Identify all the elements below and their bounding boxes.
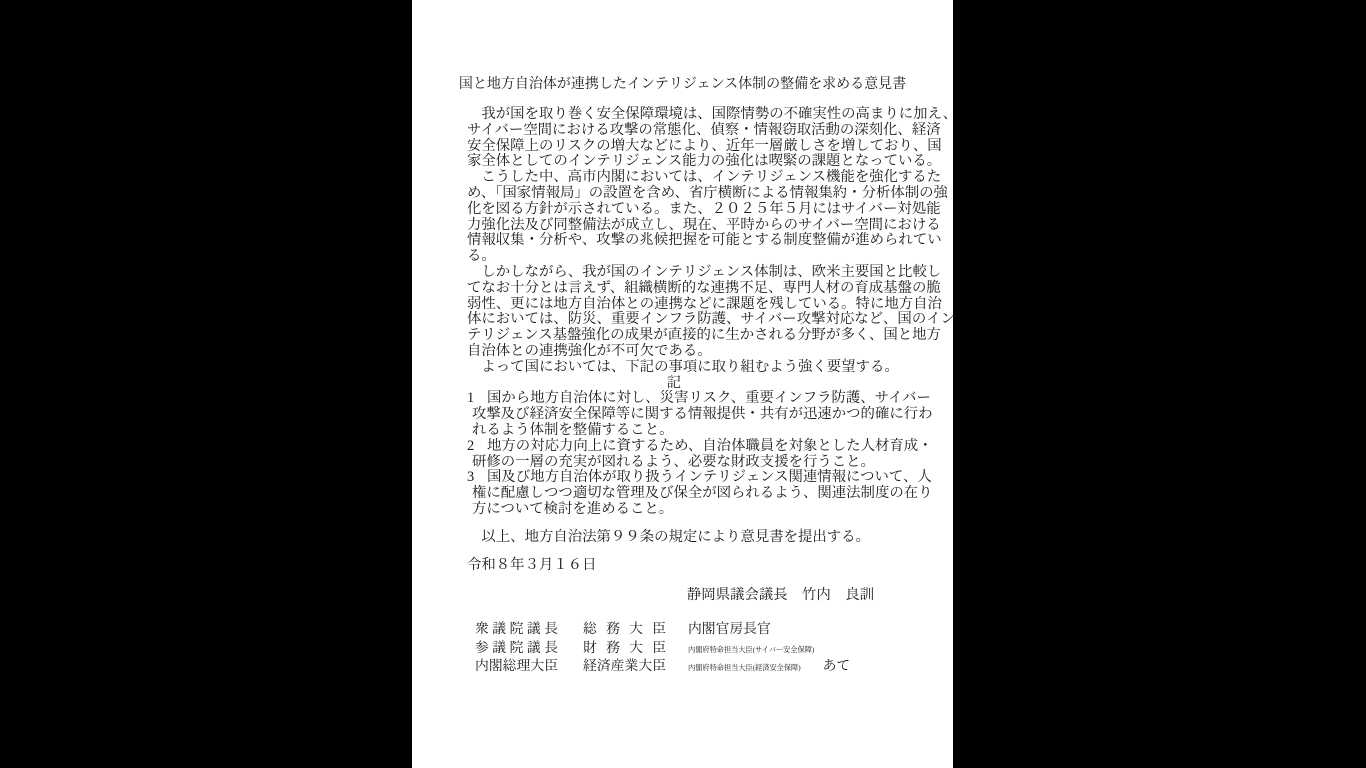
addressee-post: 参議院議長 [475,639,558,658]
text-line: 2地方の対応力向上に資するため、自治体職員を対象とした人材育成・ [467,439,881,455]
addressee-block: 衆議院議長総務大臣内閣官房長官 参議院議長財務大臣内閣府特命担当大臣(サイバー安… [475,620,881,676]
addressee-row: 衆議院議長総務大臣内閣官房長官 [475,620,881,639]
text-line: 我が国を取り巻く安全保障環境は、国際情勢の不確実性の高まりに加え、 [467,107,881,123]
item-text: 国及び地方自治体が取り扱うインテリジェンス関連情報について、人 [487,469,932,485]
paragraph-2: こうした中、高市内閣においては、インテリジェンス機能を強化するため、「国家情報局… [467,170,881,265]
addressee-post: 経済産業大臣 [583,657,666,676]
text-line: サイバー空間における攻撃の常態化、偵察・情報窃取活動の深刻化、経済 [467,123,881,139]
text-line: 権に配慮しつつ適切な管理及び保全が図られるよう、関連法制度の在り [472,486,881,502]
addressee-post: 総務大臣 [583,620,666,639]
item-number: 1 [467,391,487,407]
document-title: 国と地方自治体が連携したインテリジェンス体制の整備を求める意見書 [412,0,953,93]
text-line: れるよう体制を整備すること。 [472,423,881,439]
text-line: 攻撃及び経済安全保障等に関する情報提供・共有が迅速かつ的確に行わ [472,407,881,423]
text-line: 情報収集・分析や、攻撃の兆候把握を可能とする制度整備が進められてい [467,233,881,249]
text-line: てなお十分とは言えず、組織横断的な連携不足、専門人材の育成基盤の脆 [467,281,881,297]
addressee-post: 内閣府特命担当大臣(経済安全保障) [688,659,801,678]
paragraph-3: しかしながら、我が国のインテリジェンス体制は、欧米主要国と比較してなお十分とは言… [467,265,881,376]
text-line: 化を図る方針が示されている。また、２０２５年５月にはサイバー対処能 [467,202,881,218]
addressee-row: 内閣総理大臣経済産業大臣内閣府特命担当大臣(経済安全保障)あて [475,657,881,676]
list-item-2: 2地方の対応力向上に資するため、自治体職員を対象とした人材育成・ 研修の一層の充… [467,439,881,471]
addressee-post: 内閣総理大臣 [475,657,558,676]
document-date: 令和８年３月１６日 [467,558,881,574]
addressee-post: 内閣官房長官 [688,620,771,639]
addressee-post: 財務大臣 [583,639,666,658]
text-line: テリジェンス基盤強化の成果が直接的に生かされる分野が多く、国と地方 [467,328,881,344]
text-line: 自治体との連携強化が不可欠である。 [467,344,881,360]
closing-statement: 以上、地方自治法第９９条の規定により意見書を提出する。 [467,530,881,546]
text-line: 家全体としてのインテリジェンス能力の強化は喫緊の課題となっている。 [467,154,881,170]
signature: 静岡県議会議長 竹内 良訓 [467,588,881,604]
document-page: 国と地方自治体が連携したインテリジェンス体制の整備を求める意見書 我が国を取り巻… [412,0,953,768]
item-number: 2 [467,439,487,455]
list-item-3: 3国及び地方自治体が取り扱うインテリジェンス関連情報について、人 権に配慮しつつ… [467,470,881,517]
document-body: 我が国を取り巻く安全保障環境は、国際情勢の不確実性の高まりに加え、サイバー空間に… [467,107,881,676]
text-line: 力強化法及び同整備法が成立し、現在、平時からのサイバー空間における [467,218,881,234]
text-line: る。 [467,249,881,265]
text-line: 体においては、防災、重要インフラ防護、サイバー攻撃対応など、国のイン [467,312,881,328]
addressee-post: 衆議院議長 [475,620,558,639]
item-text: 地方の対応力向上に資するため、自治体職員を対象とした人材育成・ [487,438,933,454]
item-number: 3 [467,470,487,486]
text-line: 方について検討を進めること。 [472,502,881,518]
addressee-row: 参議院議長財務大臣内閣府特命担当大臣(サイバー安全保障) [475,639,881,658]
list-item-1: 1国から地方自治体に対し、災害リスク、重要インフラ防護、サイバー 攻撃及び経済安… [467,391,881,438]
document-viewer-background: 国と地方自治体が連携したインテリジェンス体制の整備を求める意見書 我が国を取り巻… [0,0,1366,768]
text-line: よって国においては、下記の事項に取り組むよう強く要望する。 [467,360,881,376]
text-line: こうした中、高市内閣においては、インテリジェンス機能を強化するた [467,170,881,186]
text-line: 1国から地方自治体に対し、災害リスク、重要インフラ防護、サイバー [467,391,881,407]
paragraph-1: 我が国を取り巻く安全保障環境は、国際情勢の不確実性の高まりに加え、サイバー空間に… [467,107,881,170]
text-line: 弱性、更には地方自治体との連携などに課題を残している。特に地方自治 [467,297,881,313]
ki-heading: 記 [467,376,881,392]
text-line: め、「国家情報局」の設置を含め、省庁横断による情報集約・分析体制の強 [467,186,881,202]
addressee-suffix: あて [823,657,851,676]
text-line: 3国及び地方自治体が取り扱うインテリジェンス関連情報について、人 [467,470,881,486]
text-line: 研修の一層の充実が図れるよう、必要な財政支援を行うこと。 [472,455,881,471]
item-text: 国から地方自治体に対し、災害リスク、重要インフラ防護、サイバー [487,390,931,406]
text-line: しかしながら、我が国のインテリジェンス体制は、欧米主要国と比較し [467,265,881,281]
